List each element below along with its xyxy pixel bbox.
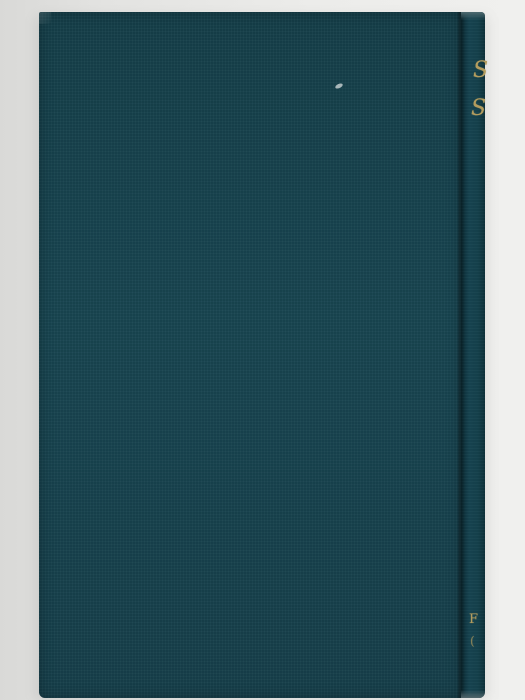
cover-scuff-mark	[335, 82, 344, 89]
spine-title-glyph: S	[471, 96, 486, 121]
back-cover	[39, 12, 461, 698]
book: S S F (	[39, 12, 485, 698]
spine-top-wear	[461, 12, 485, 20]
spine-publisher-glyph: F	[469, 612, 478, 627]
spine-bottom-wear	[461, 690, 485, 698]
spine-title-glyph: S	[473, 58, 488, 83]
spine-publisher-glyph: (	[470, 634, 475, 648]
spine: S S F (	[461, 12, 485, 698]
